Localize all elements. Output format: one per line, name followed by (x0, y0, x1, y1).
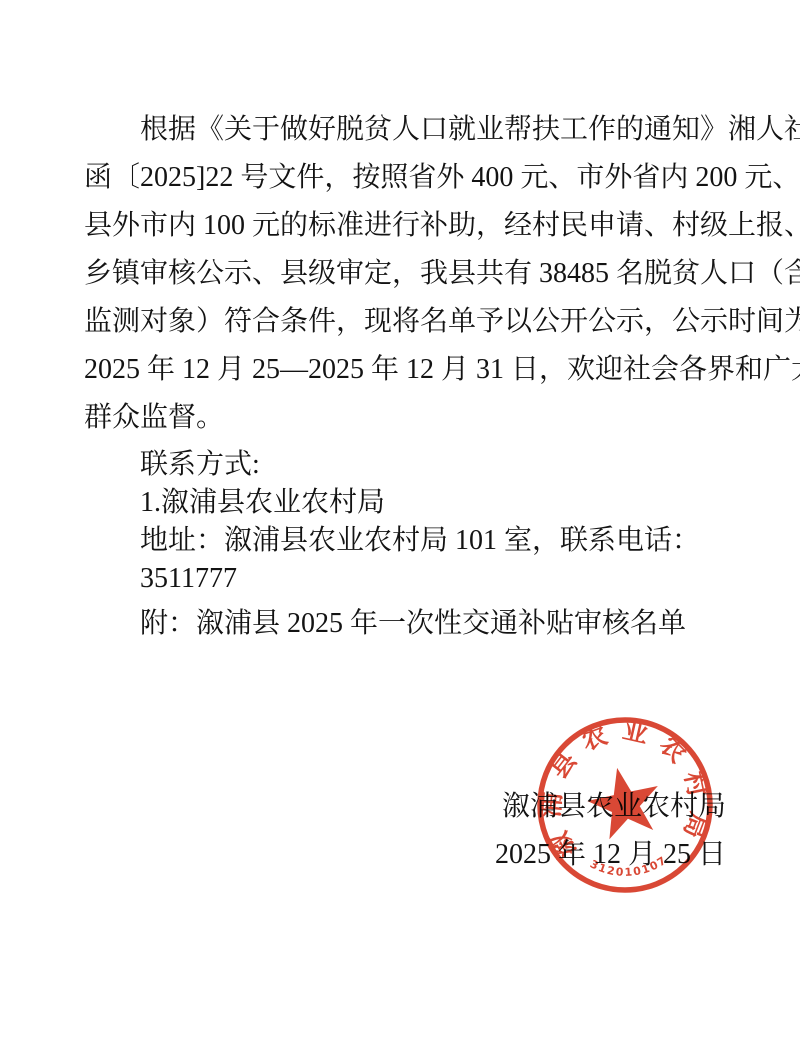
document-page: 根据《关于做好脱贫人口就业帮扶工作的通知》湘人社 函〔2025]22 号文件，按… (0, 0, 800, 1038)
paragraph-line: 监测对象）符合条件，现将名单予以公开公示，公示时间为： (84, 298, 728, 346)
paragraph-line: 县外市内 100 元的标准进行补助，经村民申请、村级上报、 (84, 202, 728, 250)
paragraph-line: 乡镇审核公示、县级审定，我县共有 38485 名脱贫人口（含 (84, 250, 728, 298)
signature-org: 溆浦县农业农村局 (495, 783, 726, 831)
signature-date: 2025 年 12 月 25 日 (495, 831, 726, 879)
paragraph-line: 函〔2025]22 号文件，按照省外 400 元、市外省内 200 元、 (84, 154, 728, 202)
contact-org: 1.溆浦县农业农村局 (84, 484, 728, 522)
contact-address: 地址：溆浦县农业农村局 101 室，联系电话：3511777 (84, 522, 728, 598)
attachment-line: 附：溆浦县 2025 年一次性交通补贴审核名单 (84, 604, 800, 644)
paragraph-line: 2025 年 12 月 25—2025 年 12 月 31 日，欢迎社会各界和广… (84, 346, 728, 394)
notice-body: 根据《关于做好脱贫人口就业帮扶工作的通知》湘人社 函〔2025]22 号文件，按… (84, 106, 728, 442)
contact-heading: 联系方式: (84, 446, 728, 484)
contact-block: 联系方式: 1.溆浦县农业农村局 地址：溆浦县农业农村局 101 室，联系电话：… (84, 446, 728, 598)
signature-block: 溆浦县农业农村局 2025 年 12 月 25 日 (495, 783, 726, 879)
paragraph-line: 群众监督。 (84, 394, 728, 442)
paragraph-line: 根据《关于做好脱贫人口就业帮扶工作的通知》湘人社 (84, 106, 728, 154)
